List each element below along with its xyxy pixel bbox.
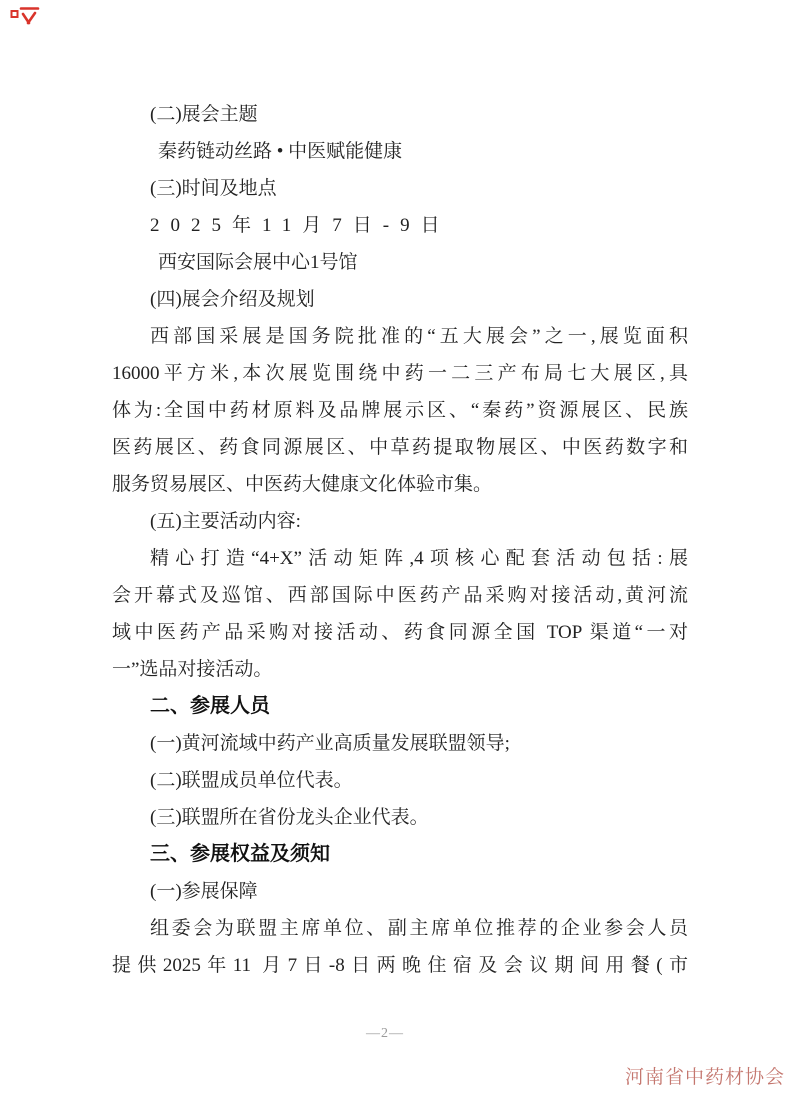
paragraph-line: 医药展区、药食同源展区、中草药提取物展区、中医药数字和 (112, 429, 688, 466)
section-heading: (四)展会介绍及规划 (112, 281, 688, 318)
paragraph-line: 会开幕式及巡馆、西部国际中医药产品采购对接活动,黄河流 (112, 577, 688, 614)
chapter-heading: 二、参展人员 (112, 688, 688, 725)
paragraph-line: 服务贸易展区、中医药大健康文化体验市集。 (112, 466, 688, 503)
paragraph-line: 西部国采展是国务院批准的“五大展会”之一,展览面积 (112, 318, 688, 355)
paragraph-line: 16000平方米,本次展览围绕中药一二三产布局七大展区,具 (112, 355, 688, 392)
section-heading: (三)时间及地点 (112, 170, 688, 207)
section-heading: (一)参展保障 (112, 873, 688, 910)
red-stamp-fragment-icon (10, 3, 40, 25)
venue-line: 西安国际会展中心1号馆 (112, 244, 688, 281)
list-item: (三)联盟所在省份龙头企业代表。 (112, 799, 688, 836)
theme-line: 秦药链动丝路 • 中医赋能健康 (112, 133, 688, 170)
list-item: (二)联盟成员单位代表。 (112, 762, 688, 799)
paragraph-line: 提供2025年11 月7日-8日两晚住宿及会议期间用餐(市 (112, 947, 688, 984)
paragraph-line: 一”选品对接活动。 (112, 651, 688, 688)
paragraph-line: 域中医药产品采购对接活动、药食同源全国 TOP 渠道“一对 (112, 614, 688, 651)
section-heading: (二)展会主题 (112, 96, 688, 133)
page-number: —2— (0, 1026, 770, 1042)
section-heading: (五)主要活动内容: (112, 503, 688, 540)
document-body: (二)展会主题 秦药链动丝路 • 中医赋能健康 (三)时间及地点 2025年11… (112, 96, 688, 984)
paragraph-line: 精心打造“4+X”活动矩阵,4项核心配套活动包括:展 (112, 540, 688, 577)
list-item: (一)黄河流域中药产业高质量发展联盟领导; (112, 725, 688, 762)
date-line: 2025年11月7日-9日 (112, 207, 688, 244)
document-page: { "page": { "footer_page_number": "—2—",… (0, 0, 800, 1101)
chapter-heading: 三、参展权益及须知 (112, 836, 688, 873)
paragraph-line: 组委会为联盟主席单位、副主席单位推荐的企业参会人员 (112, 910, 688, 947)
paragraph-line: 体为:全国中药材原料及品牌展示区、“秦药”资源展区、民族 (112, 392, 688, 429)
watermark: 河南省中药材协会 (625, 1062, 785, 1089)
